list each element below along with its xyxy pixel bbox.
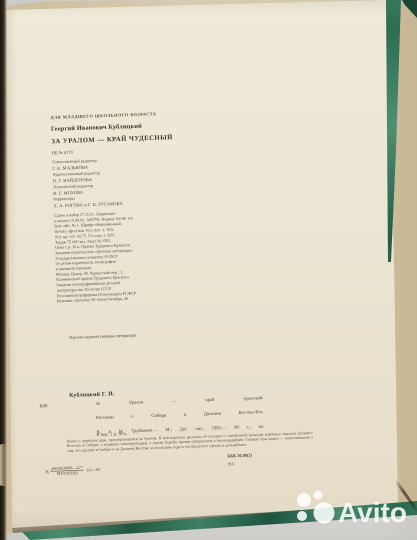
formula-suffix: 311—82 [86,467,101,472]
formula-fraction: 4802010000—477 М101(03)82 [50,465,84,476]
formula-prefix: К [46,469,49,474]
bbk-code: ББК 26.89(2) [227,453,252,459]
genre-label: Научно-художественная литература. [69,332,137,339]
audience-label: ДЛЯ МЛАДШЕГО ШКОЛЬНОГО ВОЗРАСТА [50,112,156,120]
catalog-author: Кублицкий Г. И. [69,390,114,398]
ib-number: ИБ № 6170 [52,150,73,156]
formula-denominator: М101(03)82 [50,470,84,476]
page-content: ДЛЯ МЛАДШЕГО ШКОЛЬНОГО ВОЗРАСТА Георгий … [0,0,417,540]
avito-watermark: Avito [291,487,411,531]
staff-credits: Ответственный редактор Г. В. МАЛЬКОВА Ху… [52,152,264,209]
listing-photo[interactable]: ДЛЯ МЛАДШЕГО ШКОЛЬНОГО ВОЗРАСТА Георгий … [0,0,417,540]
avito-watermark-text: Avito [338,497,407,528]
imprint-block: Сдано в набор 27.11.81. Подписано к печа… [54,206,277,305]
catalog-index-code: К88 [40,404,48,409]
catalog-formula: К 4802010000—477 М101(03)82 311—82 [46,465,101,476]
avito-logo-icon: Avito [291,487,411,531]
udk-code: 91С [228,461,235,466]
